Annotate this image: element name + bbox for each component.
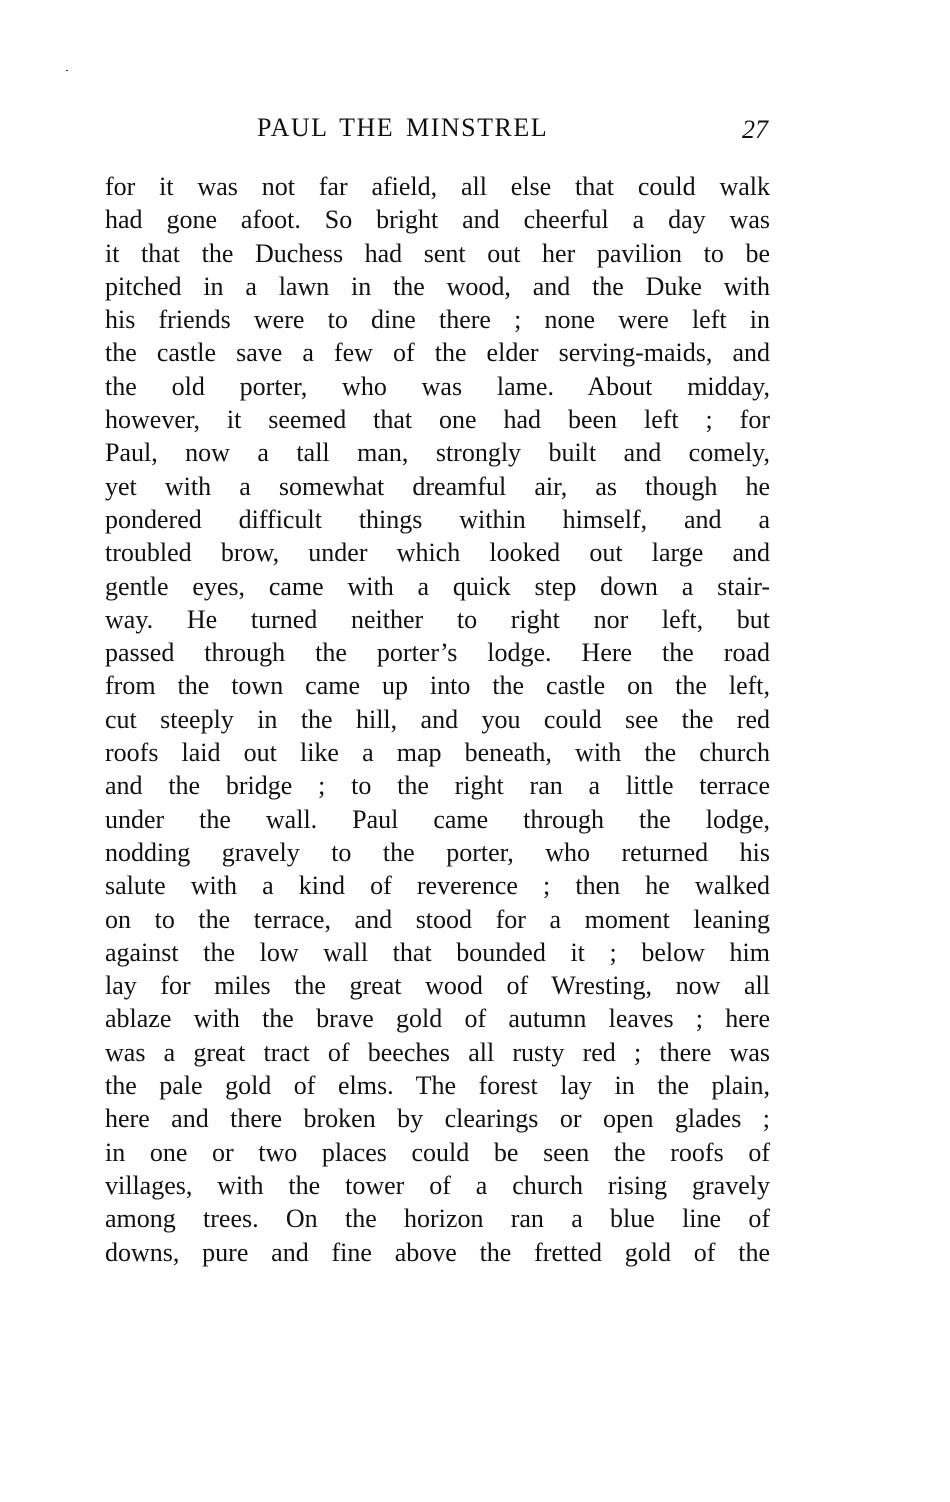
text-line: it that the Duchess had sent out her pav… bbox=[105, 237, 770, 270]
text-line: cut steeply in the hill, and you could s… bbox=[105, 703, 770, 736]
text-line: was a great tract of beeches all rusty r… bbox=[105, 1036, 770, 1069]
text-line: roofs laid out like a map beneath, with … bbox=[105, 736, 770, 769]
text-line: the old porter, who was lame. About midd… bbox=[105, 370, 770, 403]
text-line: against the low wall that bounded it ; b… bbox=[105, 936, 770, 969]
text-line: troubled brow, under which looked out la… bbox=[105, 536, 770, 569]
running-head-title: PAUL THE MINSTREL bbox=[257, 110, 548, 146]
text-line: salute with a kind of reverence ; then h… bbox=[105, 869, 770, 902]
text-line: Paul, now a tall man, strongly built and… bbox=[105, 436, 770, 469]
text-line: had gone afoot. So bright and cheerful a… bbox=[105, 203, 770, 236]
text-line: nodding gravely to the porter, who retur… bbox=[105, 836, 770, 869]
text-line: under the wall. Paul came through the lo… bbox=[105, 803, 770, 836]
text-line: in one or two places could be seen the r… bbox=[105, 1136, 770, 1169]
text-line: here and there broken by clearings or op… bbox=[105, 1102, 770, 1135]
text-line: villages, with the tower of a church ris… bbox=[105, 1169, 770, 1202]
running-head: PAUL THE MINSTREL 27 bbox=[105, 110, 770, 150]
scan-speck bbox=[66, 70, 68, 71]
text-line: downs, pure and fine above the fretted g… bbox=[105, 1236, 770, 1269]
text-line: from the town came up into the castle on… bbox=[105, 669, 770, 702]
body-paragraph: for it was not far afield, all else that… bbox=[105, 170, 770, 1269]
text-line: on to the terrace, and stood for a momen… bbox=[105, 903, 770, 936]
text-line: gentle eyes, came with a quick step down… bbox=[105, 570, 770, 603]
text-line: for it was not far afield, all else that… bbox=[105, 170, 770, 203]
text-line: the castle save a few of the elder servi… bbox=[105, 336, 770, 369]
text-line: however, it seemed that one had been lef… bbox=[105, 403, 770, 436]
text-line: and the bridge ; to the right ran a litt… bbox=[105, 769, 770, 802]
text-line: lay for miles the great wood of Wresting… bbox=[105, 969, 770, 1002]
page-number: 27 bbox=[742, 112, 768, 148]
text-line: pondered difficult things within himself… bbox=[105, 503, 770, 536]
text-line: ablaze with the brave gold of autumn lea… bbox=[105, 1002, 770, 1035]
text-line: the pale gold of elms. The forest lay in… bbox=[105, 1069, 770, 1102]
text-line: way. He turned neither to right nor left… bbox=[105, 603, 770, 636]
text-line: among trees. On the horizon ran a blue l… bbox=[105, 1202, 770, 1235]
text-line: pitched in a lawn in the wood, and the D… bbox=[105, 270, 770, 303]
text-line: his friends were to dine there ; none we… bbox=[105, 303, 770, 336]
text-line: yet with a somewhat dreamful air, as tho… bbox=[105, 470, 770, 503]
text-line: passed through the porter’s lodge. Here … bbox=[105, 636, 770, 669]
